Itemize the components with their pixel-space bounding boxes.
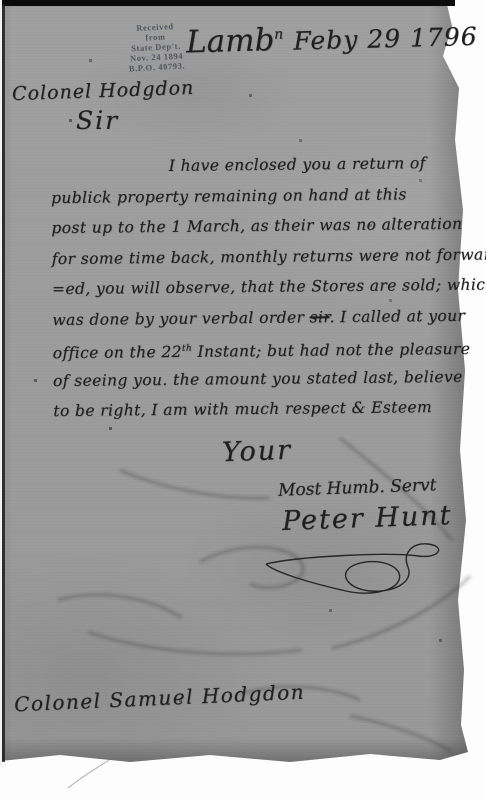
body-line-7: office on the 22th Instant; but had not … <box>52 331 454 366</box>
document-scan: Received from State Dep't. Nov. 24 1894 … <box>0 0 486 800</box>
body-line-2: publick property remaining on hand at th… <box>51 178 453 213</box>
body-line-6-text: was done by your verbal order <box>52 308 309 329</box>
body-line-9: to be right, I am with much respect & Es… <box>53 392 455 427</box>
signature-flourish <box>260 540 450 598</box>
dateline-place: Lambn <box>186 22 284 61</box>
ordinal-superscript: th <box>182 344 192 354</box>
dateline-date: Feby 29 1796 <box>293 22 478 56</box>
body-line-1: I have enclosed you a return of <box>51 148 453 183</box>
dateline-place-text: Lamb <box>186 22 275 60</box>
closing-your: Your <box>221 435 292 468</box>
salutation: Sir <box>76 106 119 135</box>
signature-peter-hunt: Peter Hunt <box>282 500 453 537</box>
body-line-7-text: Instant; but had not the pleasure <box>192 340 470 361</box>
body-line-7-text: office on the 22 <box>53 343 182 362</box>
body-line-6: was done by your verbal order sir. I cal… <box>52 300 454 335</box>
dateline: Lambn Feby 29 1796 <box>186 16 486 61</box>
body-line-4: for some time back, monthly returns were… <box>52 239 454 274</box>
body-line-3: post up to the 1 March, as their was no … <box>51 209 453 244</box>
body-line-8: of seeing you. the amount you stated las… <box>53 361 455 396</box>
letter-body: I have enclosed you a return of publick … <box>51 148 456 427</box>
struck-word: sir <box>310 308 330 326</box>
dateline-place-superscript: n <box>274 27 283 43</box>
body-line-6-text: . I called at your <box>329 306 465 325</box>
body-line-5: =ed, you will observe, that the Stores a… <box>52 270 454 305</box>
